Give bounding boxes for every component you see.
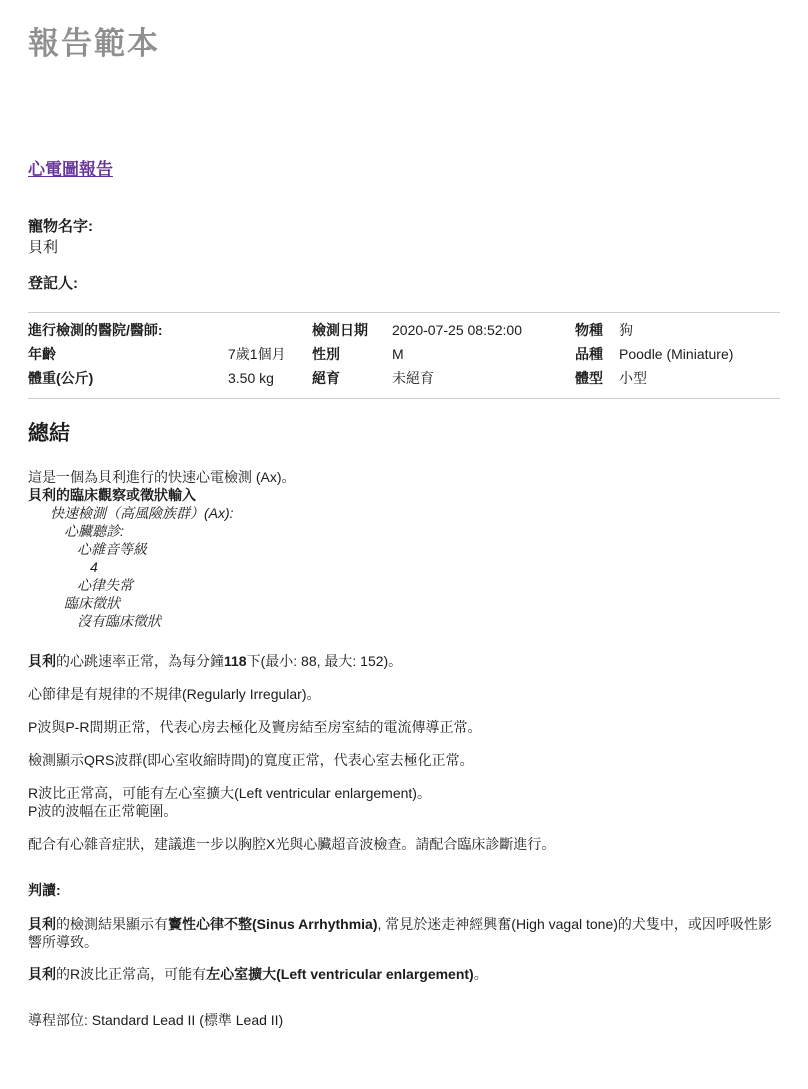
observations-heading: 貝利的臨床觀察或徵狀輸入 [28,486,780,504]
cell-label: 絕育 [312,371,392,386]
cell-value: 未絕育 [392,371,575,386]
interpretation-heading: 判讀: [28,881,780,899]
page-title: 報告範本 [28,26,780,62]
details-table: 進行檢測的醫院/醫師:檢測日期2020-07-25 08:52:00物種狗年齡7… [28,313,780,398]
observations-list: 快速檢測（高風險族群）(Ax):心臟聽診:心雜音等級4心律失常臨床徵狀沒有臨床徵… [28,504,780,630]
cell-label: 物種 [575,323,619,338]
summary-paragraph: 貝利的心跳速率正常，為每分鐘118下(最小: 88, 最大: 152)。 [28,652,780,670]
summary-intro-block: 這是一個為貝利進行的快速心電檢測 (Ax)。 貝利的臨床觀察或徵狀輸入 快速檢測… [28,468,780,630]
table-row: 年齡7歲1個月性別M品種Poodle (Miniature) [28,343,780,367]
summary-heading: 總結 [28,421,780,447]
summary-paragraph: R波比正常高，可能有左心室擴大(Left ventricular enlarge… [28,784,780,820]
summary-paragraphs: 貝利的心跳速率正常，為每分鐘118下(最小: 88, 最大: 152)。心節律是… [28,652,780,853]
cell-label: 年齡 [28,347,228,362]
summary-paragraph: 心節律是有規律的不規律(Regularly Irregular)。 [28,685,780,703]
interpretation-paragraphs: 貝利的檢測結果顯示有竇性心律不整(Sinus Arrhythmia), 常見於迷… [28,915,780,983]
interpretation-paragraph: 貝利的檢測結果顯示有竇性心律不整(Sinus Arrhythmia), 常見於迷… [28,915,780,951]
cell-value: M [392,347,575,362]
pet-name-label: 寵物名字: [28,216,780,237]
pet-name-block: 寵物名字: 貝利 [28,216,780,258]
observation-line: 心雜音等級 [28,540,780,558]
cell-value: Poodle (Miniature) [619,347,780,362]
cell-label: 品種 [575,347,619,362]
cell-value: 小型 [619,371,780,386]
cell-label: 體重(公斤) [28,371,228,386]
cell-label: 進行檢測的醫院/醫師: [28,323,228,338]
registrant-block: 登記人: [28,272,780,293]
summary-paragraph: 配合有心雜音症狀，建議進一步以胸腔X光與心臟超音波檢查。請配合臨床診斷進行。 [28,835,780,853]
observation-line: 4 [28,558,780,576]
table-row: 進行檢測的醫院/醫師:檢測日期2020-07-25 08:52:00物種狗 [28,319,780,343]
observation-line: 沒有臨床徵狀 [28,612,780,630]
summary-paragraph: P波與P-R間期正常，代表心房去極化及竇房結至房室結的電流傳導正常。 [28,718,780,736]
summary-paragraph: 檢測顯示QRS波群(即心室收縮時間)的寬度正常，代表心室去極化正常。 [28,751,780,769]
cell-value: 7歲1個月 [228,347,312,362]
ecg-report-link[interactable]: 心電圖報告 [28,155,113,180]
cell-label: 體型 [575,371,619,386]
cell-value: 2020-07-25 08:52:00 [392,323,575,338]
cell-label: 檢測日期 [312,323,392,338]
summary-intro: 這是一個為貝利進行的快速心電檢測 (Ax)。 [28,468,780,486]
observation-line: 臨床徵狀 [28,594,780,612]
cell-label: 性別 [312,347,392,362]
observation-line: 心臟聽診: [28,522,780,540]
table-row: 體重(公斤)3.50 kg絕育未絕育體型小型 [28,367,780,391]
report-page: 報告範本 心電圖報告 寵物名字: 貝利 登記人: 進行檢測的醫院/醫師:檢測日期… [0,0,808,1089]
cell-value: 3.50 kg [228,371,312,386]
divider-bottom [28,398,780,399]
cell-value [228,323,312,338]
cell-value: 狗 [619,323,780,338]
observation-line: 心律失常 [28,576,780,594]
pet-name-value: 貝利 [28,237,780,258]
interpretation-paragraph: 貝利的R波比正常高，可能有左心室擴大(Left ventricular enla… [28,965,780,983]
lead-position-line: 導程部位: Standard Lead II (標準 Lead II) [28,1011,780,1029]
observation-line: 快速檢測（高風險族群）(Ax): [28,504,780,522]
registrant-label: 登記人: [28,272,780,293]
